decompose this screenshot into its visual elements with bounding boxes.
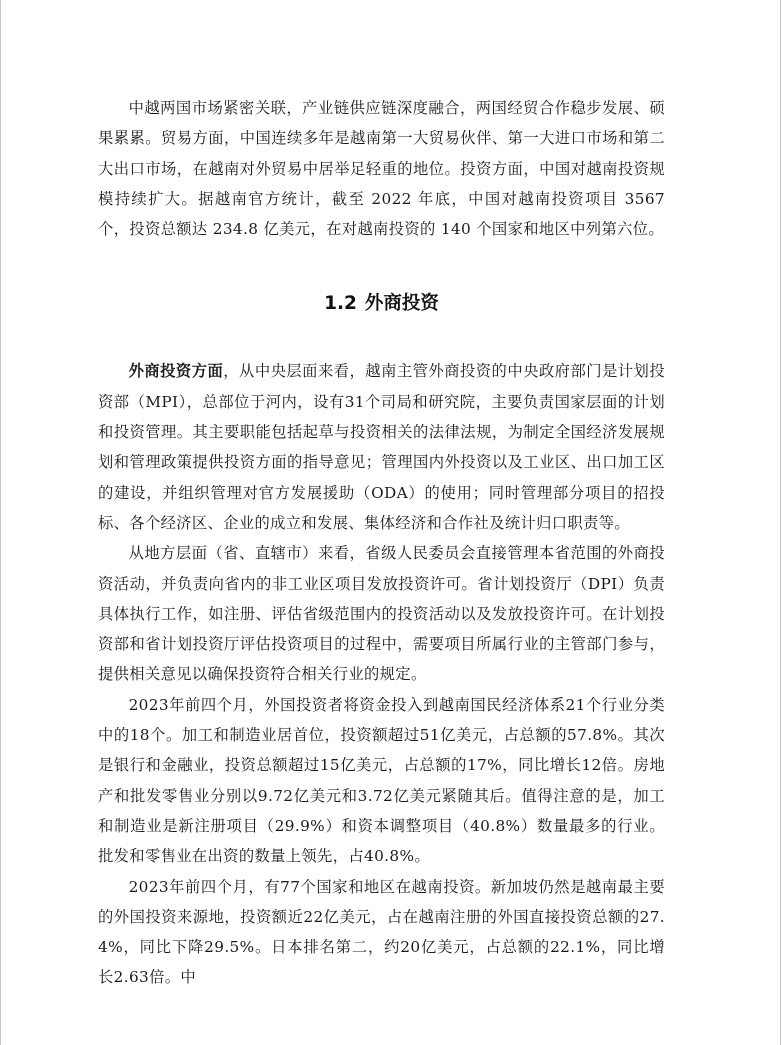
- section-number: 1.2: [324, 293, 357, 314]
- paragraph-china-vietnam-trade: 中越两国市场紧密关联，产业链供应链深度融合，两国经贸合作稳步发展、硕果累累。贸易…: [98, 93, 665, 244]
- section-title: 外商投资: [365, 293, 439, 314]
- paragraph-text: ，从中央层面来看，越南主管外商投资的中央政府部门是计划投资部（MPI），总部位于…: [98, 362, 665, 531]
- paragraph-country-investment-2023: 2023年前四个月，有77个国家和地区在越南投资。新加坡仍然是越南最主要的外国投…: [98, 872, 665, 993]
- document-body: 中越两国市场紧密关联，产业链供应链深度融合，两国经贸合作稳步发展、硕果累累。贸易…: [98, 93, 665, 993]
- paragraph-central-level: 外商投资方面，从中央层面来看，越南主管外商投资的中央政府部门是计划投资部（MPI…: [98, 356, 665, 538]
- paragraph-lead-bold: 外商投资方面: [129, 362, 224, 380]
- paragraph-industry-investment-2023: 2023年前四个月，外国投资者将资金投入到越南国民经济体系21个行业分类中的18…: [98, 690, 665, 872]
- paragraph-local-level: 从地方层面（省、直辖市）来看，省级人民委员会直接管理本省范围的外商投资活动，并负…: [98, 538, 665, 689]
- section-heading: 1.2外商投资: [98, 292, 665, 316]
- document-page: 中越两国市场紧密关联，产业链供应链深度融合，两国经贸合作稳步发展、硕果累累。贸易…: [0, 0, 781, 1045]
